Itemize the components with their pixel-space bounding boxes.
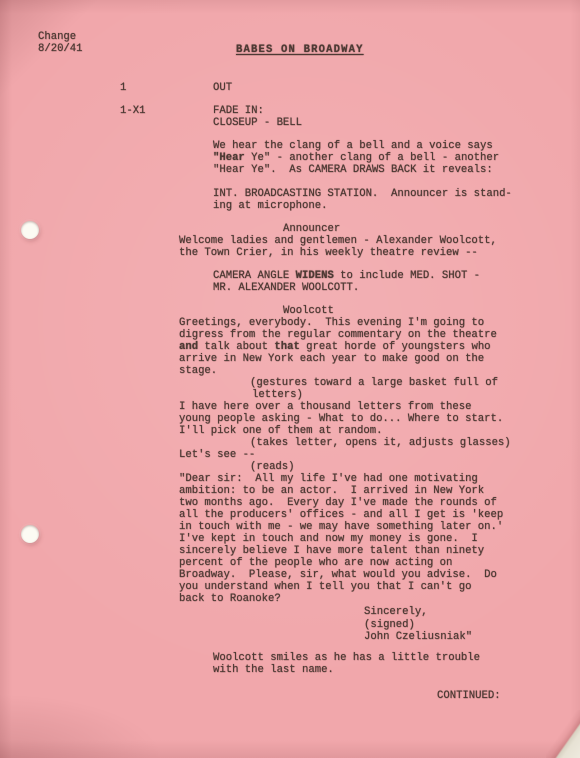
dialogue-line: Greetings, everybody. This evening I'm g…: [179, 317, 484, 329]
action-line: CLOSEUP - BELL: [213, 117, 302, 129]
character-cue: Woolcott: [283, 305, 334, 317]
letter-signature: John Czeliusniak": [364, 631, 472, 643]
dialogue-line: digress from the regular commentary on t…: [179, 329, 497, 341]
letter-signature: Sincerely,: [364, 606, 428, 618]
scene-number: 1-X1: [120, 105, 145, 117]
dialogue-line: in touch with me - we may have something…: [179, 521, 503, 533]
dialogue-line: I have here over a thousand letters from…: [179, 401, 471, 413]
action-line: Woolcott smiles as he has a little troub…: [213, 652, 480, 664]
dialogue-line: sincerely believe I have more talent tha…: [179, 545, 484, 557]
dialogue-line: the Town Crier, in his weekly theatre re…: [179, 247, 478, 259]
dialogue-line: percent of the people who are now acting…: [179, 557, 452, 569]
hole-punch-top: [21, 221, 39, 239]
action-line: "Hear Ye". As CAMERA DRAWS BACK it revea…: [213, 164, 493, 176]
character-cue: Announcer: [283, 223, 340, 235]
dialogue-line: Broadway. Please, sir, what would you ad…: [179, 569, 497, 581]
change-date: 8/20/41: [38, 43, 83, 55]
script-page: Change 8/20/41 BABES ON BROADWAY 1OUT1-X…: [0, 0, 580, 758]
dialogue-line: and talk about that great horde of young…: [179, 341, 491, 353]
change-label: Change: [38, 31, 76, 43]
action-line: with the last name.: [213, 664, 334, 676]
dialogue-line: stage.: [179, 365, 217, 377]
scene-number: 1: [120, 82, 126, 94]
dialogue-line: all the producers' offices - and all I g…: [179, 509, 503, 521]
dialogue-line: two months ago. Every day I've made the …: [179, 497, 497, 509]
parenthetical: (gestures toward a large basket full of: [250, 377, 498, 389]
hole-punch-bottom: [21, 525, 39, 543]
continued-label: CONTINUED:: [437, 690, 501, 702]
dialogue-line: "Dear sir: All my life I've had one moti…: [179, 473, 478, 485]
dialogue-line: Welcome ladies and gentlemen - Alexander…: [179, 235, 497, 247]
action-line: "Hear Ye" - another clang of a bell - an…: [213, 152, 499, 164]
action-line: ing at microphone.: [213, 200, 327, 212]
action-line: MR. ALEXANDER WOOLCOTT.: [213, 282, 359, 294]
action-line: CAMERA ANGLE WIDENS to include MED. SHOT…: [213, 270, 480, 282]
dialogue-line: arrive in New York each year to make goo…: [179, 353, 484, 365]
action-line: OUT: [213, 82, 232, 94]
page-corner-fold: [546, 710, 580, 758]
action-line: We hear the clang of a bell and a voice …: [213, 140, 493, 152]
letter-signature: (signed): [364, 619, 415, 631]
dialogue-line: you understand when I tell you that I ca…: [179, 581, 471, 593]
action-line: FADE IN:: [213, 105, 264, 117]
parenthetical: (takes letter, opens it, adjusts glasses…: [250, 437, 511, 449]
dialogue-line: back to Roanoke?: [179, 593, 281, 605]
parenthetical: letters): [252, 389, 303, 401]
action-line: INT. BROADCASTING STATION. Announcer is …: [213, 188, 512, 200]
dialogue-line: Let's see --: [179, 449, 255, 461]
parenthetical: (reads): [250, 461, 295, 473]
dialogue-line: ambition: to be an actor. I arrived in N…: [179, 485, 484, 497]
dialogue-line: I've kept in touch and now my money is g…: [179, 533, 478, 545]
dialogue-line: young people asking - What to do... Wher…: [179, 413, 503, 425]
dialogue-line: I'll pick one of them at random.: [179, 425, 382, 437]
page-title: BABES ON BROADWAY: [236, 44, 364, 56]
